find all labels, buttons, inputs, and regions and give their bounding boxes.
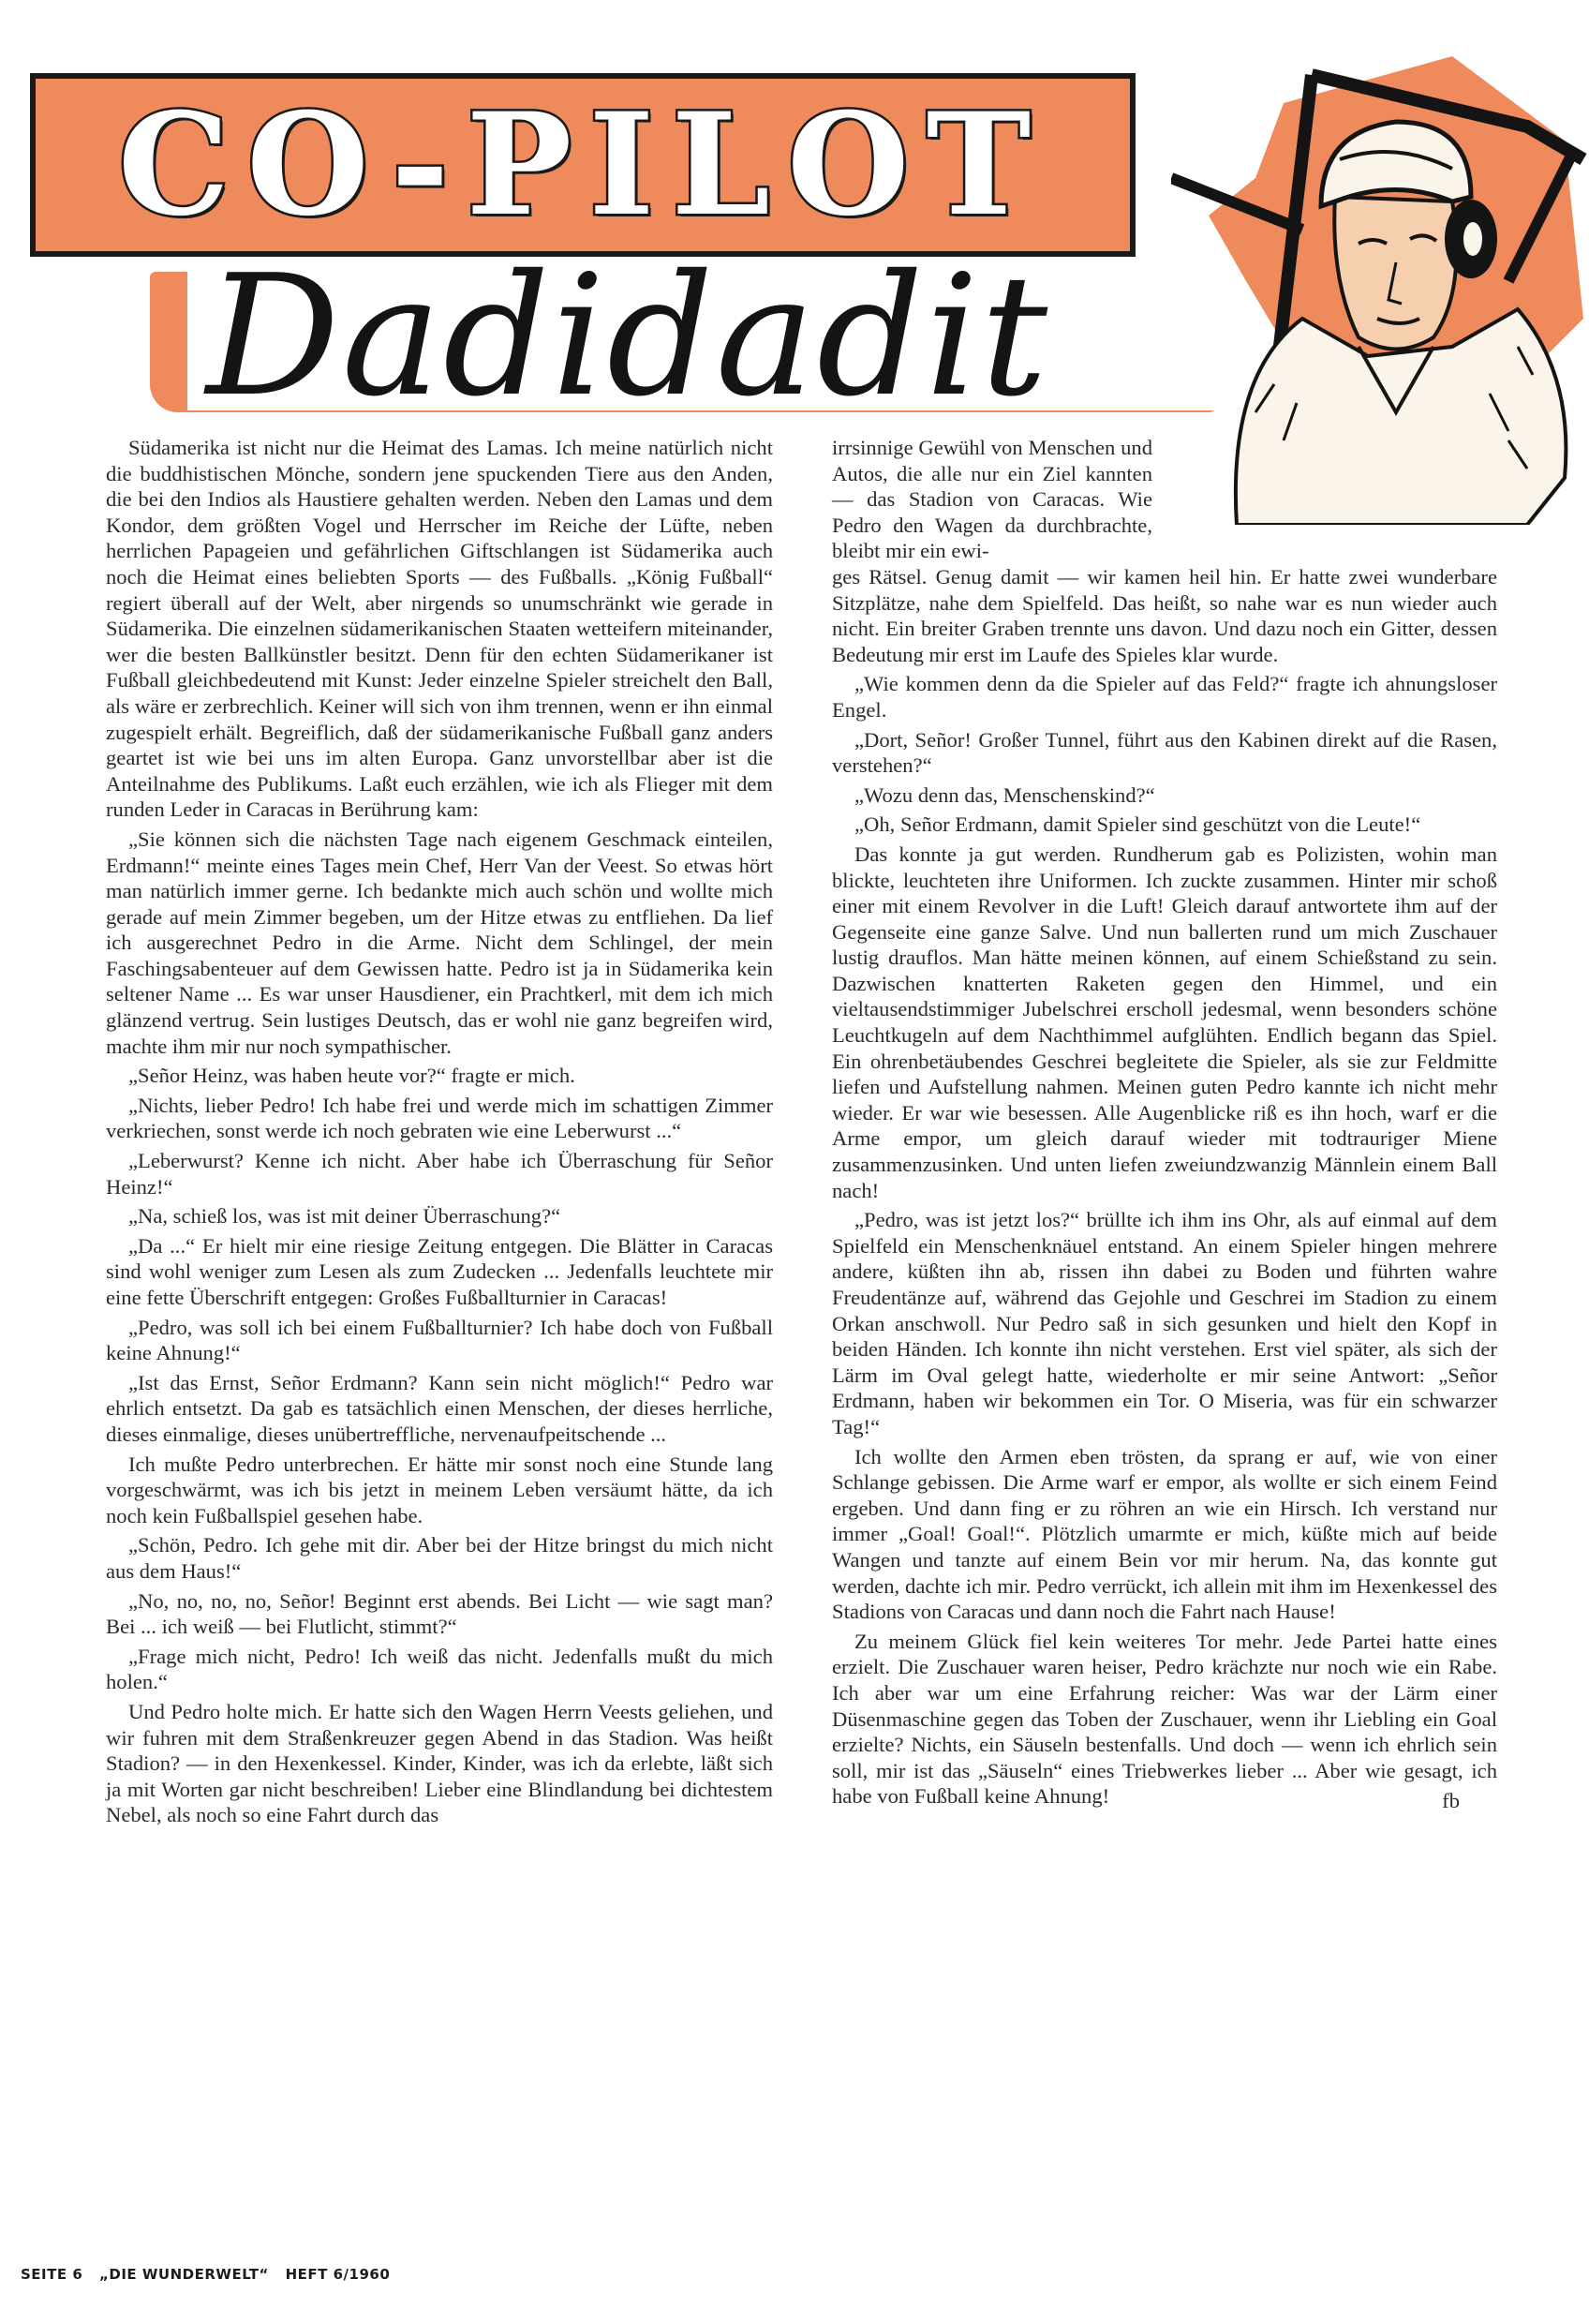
page-title: CO-PILOT [118, 95, 1048, 235]
paragraph: Ich mußte Pedro unterbrechen. Er hätte m… [106, 1452, 773, 1529]
paragraph: „Schön, Pedro. Ich gehe mit dir. Aber be… [106, 1532, 773, 1584]
paragraph: „Wozu denn das, Menschenskind?“ [832, 782, 1497, 809]
paragraph: ges Rätsel. Genug damit — wir kamen heil… [832, 564, 1497, 667]
magazine-name: „DIE WUNDERWELT“ [99, 2266, 269, 2283]
paragraph: „Wie kommen denn da die Spieler auf das … [832, 671, 1497, 723]
paragraph: „Ist das Ernst, Señor Erdmann? Kann sein… [106, 1370, 773, 1448]
paragraph: „No, no, no, no, Señor! Beginnt erst abe… [106, 1588, 773, 1640]
paragraph: „Leberwurst? Kenne ich nicht. Aber habe … [106, 1148, 773, 1199]
paragraph: Ich wollte den Armen eben trösten, da sp… [832, 1444, 1497, 1625]
article-left-column: Südamerika ist nicht nur die Heimat des … [106, 435, 773, 1832]
page-subtitle: Dadidadit [206, 253, 1049, 420]
page-number: SEITE 6 [21, 2266, 82, 2283]
paragraph: Das konnte ja gut werden. Rundherum gab … [832, 842, 1497, 1203]
paragraph: „Señor Heinz, was haben heute vor?“ frag… [106, 1063, 773, 1089]
paragraph: „Dort, Señor! Großer Tunnel, führt aus d… [832, 727, 1497, 779]
paragraph: „Oh, Señor Erdmann, damit Spieler sind g… [832, 812, 1497, 838]
paragraph: Zu meinem Glück fiel kein weiteres Tor m… [832, 1629, 1497, 1810]
paragraph: „Pedro, was soll ich bei einem Fußballtu… [106, 1315, 773, 1366]
article-right-column: irrsinnige Gewühl von Menschen und Autos… [832, 435, 1497, 1813]
paragraph: „Pedro, was ist jetzt los?“ brüllte ich … [832, 1207, 1497, 1439]
paragraph: „Da ...“ Er hielt mir eine riesige Zeitu… [106, 1233, 773, 1311]
paragraph: irrsinnige Gewühl von Menschen und Autos… [832, 435, 1152, 564]
paragraph: „Na, schieß los, was ist mit deiner Über… [106, 1203, 773, 1229]
text-wrap-beside-illustration: irrsinnige Gewühl von Menschen und Autos… [832, 435, 1152, 564]
paragraph: „Nichts, lieber Pedro! Ich habe frei und… [106, 1093, 773, 1144]
page-footer: SEITE 6 „DIE WUNDERWELT“ HEFT 6/1960 [21, 2266, 390, 2283]
title-banner: CO-PILOT [30, 73, 1136, 257]
paragraph: Und Pedro holte mich. Er hatte sich den … [106, 1699, 773, 1828]
paragraph: „Frage mich nicht, Pedro! Ich weiß das n… [106, 1644, 773, 1695]
issue-number: HEFT 6/1960 [286, 2266, 391, 2283]
paragraph: Südamerika ist nicht nur die Heimat des … [106, 435, 773, 823]
paragraph: „Sie können sich die nächsten Tage nach … [106, 827, 773, 1059]
